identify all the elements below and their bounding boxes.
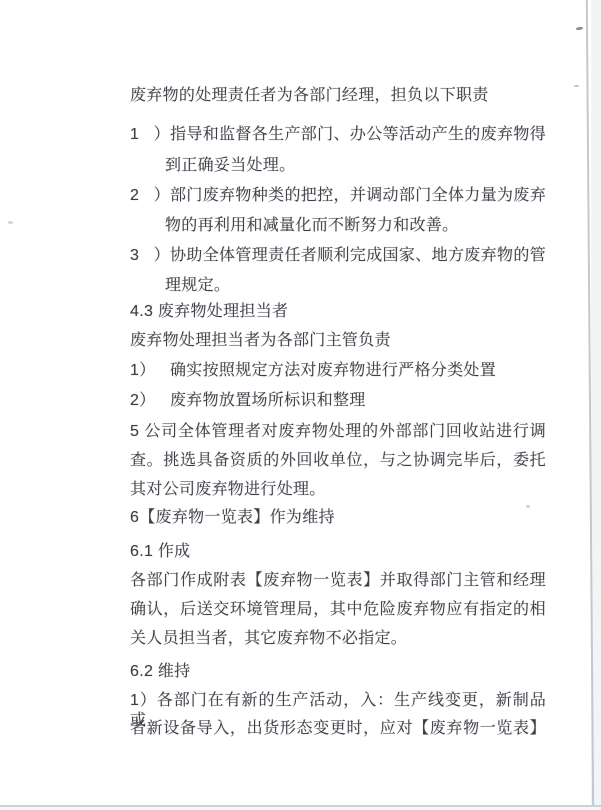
text-line: 其对公司废弃物进行处理。: [130, 480, 546, 500]
text-line: 废弃物处理担当者为各部门主管负责: [130, 331, 546, 351]
list-number: 3）: [130, 246, 170, 266]
text-line: 查。挑选具备资质的外回收单位，与之协调完毕后，委托: [130, 451, 546, 471]
text-line: 者新设备导入，出货形态变更时，应对【废弃物一览表】: [130, 719, 546, 739]
text-line: 各部门作成附表【废弃物一览表】并取得部门主管和经理: [130, 571, 546, 591]
text-line: 理规定。: [165, 276, 546, 296]
list-text: 确实按照规定方法对废弃物进行严格分类处置: [170, 361, 546, 381]
text-line: 4.3 废弃物处理担当者: [130, 302, 546, 322]
text-block: 废弃物的处理责任者为各部门经理，担负以下职责1）指导和监督各生产部门、办公等活动…: [0, 0, 601, 810]
text-line: 5 公司全体管理者对废弃物处理的外部部门回收站进行调: [130, 422, 546, 442]
text-line: 到正确妥当处理。: [165, 156, 546, 176]
text-line: 确认，后送交环境管理局，其中危险废弃物应有指定的相: [130, 600, 546, 620]
list-text: 部门废弃物种类的把控，并调动部门全体力量为废弃: [170, 186, 546, 206]
list-number: 2）: [130, 186, 170, 206]
scan-speck: [8, 221, 13, 224]
text-line: 6.1 作成: [130, 542, 546, 562]
scan-speck: [574, 85, 579, 87]
text-line: 关人员担当者，其它废弃物不必指定。: [130, 629, 546, 649]
list-text: 废弃物放置场所标识和整理: [170, 391, 546, 411]
list-text: 协助全体管理责任者顺利完成国家、地方废弃物的管: [170, 246, 546, 266]
list-text: 指导和监督各生产部门、办公等活动产生的废弃物得: [170, 125, 546, 145]
list-item-line: 1）指导和监督各生产部门、办公等活动产生的废弃物得: [130, 125, 546, 145]
list-item-line: 2）废弃物放置场所标识和整理: [130, 391, 546, 411]
scanned-document-page: 废弃物的处理责任者为各部门经理，担负以下职责1）指导和监督各生产部门、办公等活动…: [0, 0, 601, 810]
text-line: 6.2 维持: [130, 662, 546, 682]
list-item-line: 3）协助全体管理责任者顺利完成国家、地方废弃物的管: [130, 246, 546, 266]
text-line: 物的再利用和减量化而不断努力和改善。: [165, 216, 546, 236]
list-number: 1）: [130, 125, 170, 145]
text-line: 6【废弃物一览表】作为维持: [130, 508, 546, 528]
list-number: 1）: [130, 361, 170, 381]
list-item-line: 1）确实按照规定方法对废弃物进行严格分类处置: [130, 361, 546, 381]
list-number: 2）: [130, 391, 170, 411]
text-line: 废弃物的处理责任者为各部门经理，担负以下职责: [130, 86, 546, 106]
list-item-line: 2）部门废弃物种类的把控，并调动部门全体力量为废弃: [130, 186, 546, 206]
